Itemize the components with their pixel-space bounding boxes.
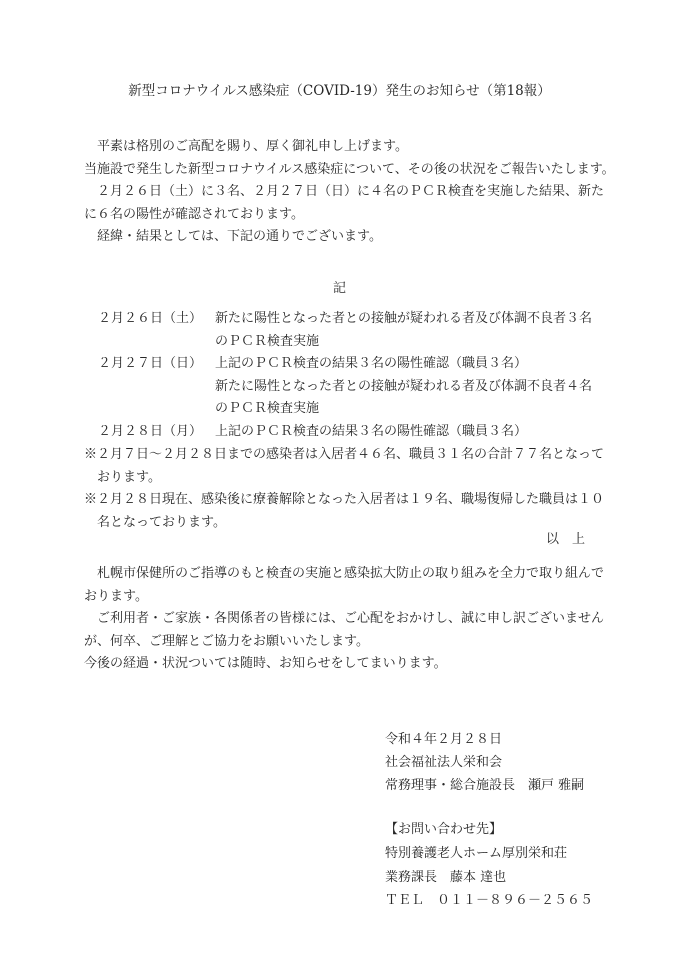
- signature-organization: 社会福祉法人栄和会: [385, 751, 584, 774]
- timeline-desc-line: 上記のＰＣＲ検査の結果３名の陽性確認（職員３名）: [215, 353, 592, 376]
- intro-line: に６名の陽性が確認されております。: [84, 204, 615, 227]
- timeline-date: ２月２７日（日）: [98, 353, 215, 421]
- intro-line: 平素は格別のご高配を賜り、厚く御礼申し上げます。: [84, 136, 615, 159]
- outro-line: ご利用者・ご家族・各関係者の皆様には、ご心配をおかけし、誠に申し訳ございません: [84, 608, 604, 631]
- signature-date: 令和４年２月２８日: [385, 728, 584, 751]
- note-line: ※２月７日～２月２８日までの感染者は入居者４６名、職員３１名の合計７７名となって: [84, 444, 604, 467]
- timeline-desc-line: 新たに陽性となった者との接触が疑われる者及び体調不良者４名: [215, 376, 592, 399]
- timeline-desc-line: のＰＣＲ検査実施: [215, 331, 592, 354]
- timeline-desc-line: 新たに陽性となった者との接触が疑われる者及び体調不良者３名: [215, 308, 592, 331]
- intro-paragraph: 平素は格別のご高配を賜り、厚く御礼申し上げます。 当施設で発生した新型コロナウイ…: [84, 136, 615, 249]
- intro-line: ２月２６日（土）に３名、２月２７日（日）に４名のＰＣＲ検査を実施した結果、新た: [84, 181, 615, 204]
- record-heading: 記: [0, 277, 679, 296]
- document-title: 新型コロナウイルス感染症（COVID-19）発生のお知らせ（第18報）: [0, 79, 679, 99]
- timeline-description: 上記のＰＣＲ検査の結果３名の陽性確認（職員３名）: [215, 421, 527, 444]
- contact-facility: 特別養護老人ホーム厚別栄和荘: [385, 842, 593, 866]
- notes-section: ※２月７日～２月２８日までの感染者は入居者４６名、職員３１名の合計７７名となって…: [84, 444, 604, 534]
- timeline: ２月２６日（土） 新たに陽性となった者との接触が疑われる者及び体調不良者３名 の…: [98, 308, 592, 444]
- timeline-description: 上記のＰＣＲ検査の結果３名の陽性確認（職員３名） 新たに陽性となった者との接触が…: [215, 353, 592, 421]
- note-line: おります。: [84, 467, 604, 490]
- contact-block: 【お問い合わせ先】 特別養護老人ホーム厚別栄和荘 業務課長 藤本 達也 ＴＥＬ …: [385, 818, 593, 913]
- timeline-date: ２月２８日（月）: [98, 421, 215, 444]
- closing-phrase: 以 上: [0, 528, 679, 547]
- outro-line: 今後の経過・状況ついては随時、お知らせをしてまいります。: [84, 653, 604, 676]
- timeline-entry: ２月２７日（日） 上記のＰＣＲ検査の結果３名の陽性確認（職員３名） 新たに陽性と…: [98, 353, 592, 421]
- timeline-date: ２月２６日（土）: [98, 308, 215, 353]
- timeline-entry: ２月２８日（月） 上記のＰＣＲ検査の結果３名の陽性確認（職員３名）: [98, 421, 592, 444]
- timeline-description: 新たに陽性となった者との接触が疑われる者及び体調不良者３名 のＰＣＲ検査実施: [215, 308, 592, 353]
- contact-tel: ＴＥＬ ０１１－８９６－２５６５: [385, 889, 593, 913]
- timeline-entry: ２月２６日（土） 新たに陽性となった者との接触が疑われる者及び体調不良者３名 の…: [98, 308, 592, 353]
- intro-line: 経緯・結果としては、下記の通りでございます。: [84, 226, 615, 249]
- contact-heading: 【お問い合わせ先】: [385, 818, 593, 842]
- document-page: 新型コロナウイルス感染症（COVID-19）発生のお知らせ（第18報） 平素は格…: [0, 0, 679, 960]
- timeline-desc-line: 上記のＰＣＲ検査の結果３名の陽性確認（職員３名）: [215, 421, 527, 444]
- outro-line: 札幌市保健所のご指導のもと検査の実施と感染拡大防止の取り組みを全力で取り組んで: [84, 563, 604, 586]
- signature-representative: 常務理事・総合施設長 瀬戸 雅嗣: [385, 774, 584, 797]
- outro-paragraph: 札幌市保健所のご指導のもと検査の実施と感染拡大防止の取り組みを全力で取り組んで …: [84, 563, 604, 676]
- intro-line: 当施設で発生した新型コロナウイルス感染症について、その後の状況をご報告いたします…: [84, 159, 615, 182]
- signature-block: 令和４年２月２８日 社会福祉法人栄和会 常務理事・総合施設長 瀬戸 雅嗣: [385, 728, 584, 798]
- outro-line: が、何卒、ご理解とご協力をお願いいたします。: [84, 631, 604, 654]
- outro-line: おります。: [84, 586, 604, 609]
- contact-person: 業務課長 藤本 達也: [385, 866, 593, 890]
- timeline-desc-line: のＰＣＲ検査実施: [215, 398, 592, 421]
- note-line: ※２月２８日現在、感染後に療養解除となった入居者は１９名、職場復帰した職員は１０: [84, 489, 604, 512]
